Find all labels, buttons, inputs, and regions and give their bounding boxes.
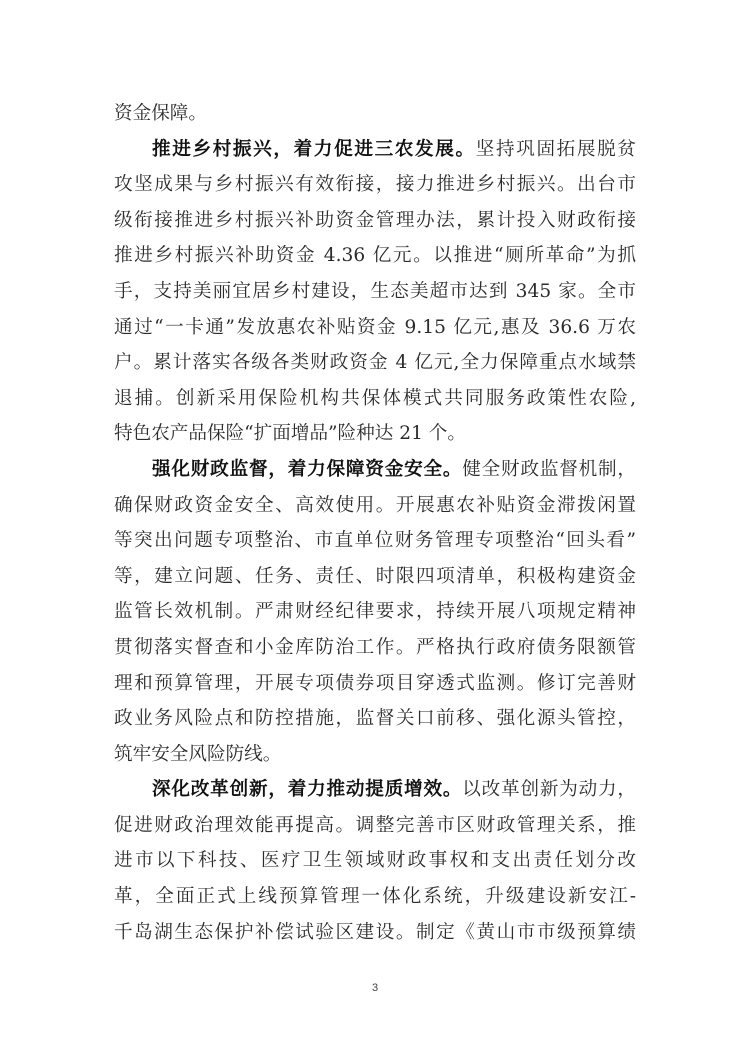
text-line: 手，支持美丽宜居乡村建设，生态美超市达到 345 家。全市 [114, 274, 636, 310]
text-line: 促进财政治理效能再提高。调整完善市区财政管理关系，推 [114, 808, 636, 844]
text-line: 退捕。创新采用保险机构共保体模式共同服务政策性农险, [114, 381, 636, 417]
text-line: 攻坚成果与乡村振兴有效衔接，接力推进乡村振兴。出台市 [114, 167, 636, 203]
text-line: 理和预算管理，开展专项债券项目穿透式监测。修订完善财 [114, 666, 636, 702]
text-line: 通过“一卡通”发放惠农补贴资金 9.15 亿元,惠及 36.6 万农 [114, 310, 636, 346]
text-line: 监管长效机制。严肃财经纪律要求，持续开展八项规定精神 [114, 594, 636, 630]
text-line: 政业务风险点和防控措施，监督关口前移、强化源头管控， [114, 701, 636, 737]
text-line: 革，全面正式上线预算管理一体化系统，升级建设新安江- [114, 879, 636, 915]
text-line: 推进乡村振兴补助资金 4.36 亿元。以推进“厕所革命”为抓 [114, 238, 636, 274]
text-line: 户。累计落实各级各类财政资金 4 亿元,全力保障重点水域禁 [114, 345, 636, 381]
text-line: 确保财政资金安全、高效使用。开展惠农补贴资金滞拨闲置 [114, 488, 636, 524]
paragraph-heading: 深化改革创新，着力推动提质增效。 [152, 779, 462, 800]
paragraph-first-line: 强化财政监督，着力保障资金安全。健全财政监督机制， [114, 452, 636, 488]
text-line: 级衔接推进乡村振兴补助资金管理办法，累计投入财政衔接 [114, 203, 636, 239]
document-page: 资金保障。 推进乡村振兴，着力促进三农发展。坚持巩固拓展脱贫 攻坚成果与乡村振兴… [114, 96, 636, 950]
paragraph-text: 以改革创新为动力， [462, 779, 636, 800]
text-line: 贯彻落实督查和小金库防治工作。严格执行政府债务限额管 [114, 630, 636, 666]
text-line: 筑牢安全风险防线。 [114, 737, 636, 773]
paragraph-text: 健全财政监督机制， [462, 459, 636, 480]
text-line: 进市以下科技、医疗卫生领域财政事权和支出责任划分改 [114, 843, 636, 879]
paragraph-text: 坚持巩固拓展脱贫 [476, 139, 636, 160]
page-number: 3 [0, 982, 750, 994]
paragraph-first-line: 推进乡村振兴，着力促进三农发展。坚持巩固拓展脱贫 [114, 132, 636, 168]
paragraph-heading: 推进乡村振兴，着力促进三农发展。 [152, 139, 476, 160]
text-line: 特色农产品保险“扩面增品”险种达 21 个。 [114, 416, 636, 452]
paragraph-heading: 强化财政监督，着力保障资金安全。 [152, 459, 462, 480]
text-line: 等突出问题专项整治、市直单位财务管理专项整治“回头看” [114, 523, 636, 559]
paragraph-first-line: 深化改革创新，着力推动提质增效。以改革创新为动力， [114, 772, 636, 808]
text-line: 千岛湖生态保护补偿试验区建设。制定《黄山市市级预算绩 [114, 915, 636, 951]
text-line: 资金保障。 [114, 96, 636, 132]
text-line: 等，建立问题、任务、责任、时限四项清单，积极构建资金 [114, 559, 636, 595]
